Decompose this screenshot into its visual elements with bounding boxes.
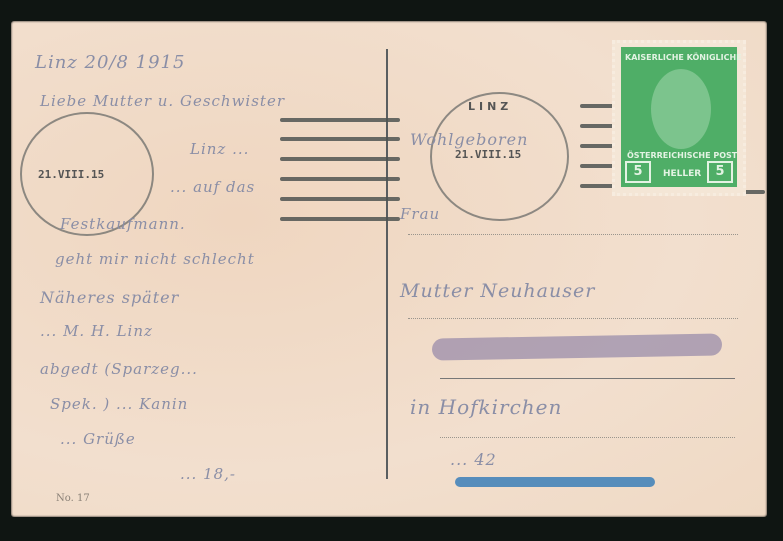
postage-stamp: KAISERLICHE KÖNIGLICHE ÖSTERREICHISCHE P…: [612, 40, 746, 196]
blue-crayon-mark: [455, 477, 655, 487]
address-line: Frau: [400, 205, 440, 223]
stamp-bottom-text: ÖSTERREICHISCHE POST: [627, 151, 737, 160]
postmark-left-date: 21.VIII.15: [38, 168, 104, 181]
message-line: Linz ...: [190, 140, 249, 158]
stamp-value-right: 5: [707, 161, 733, 183]
message-line: geht mir nicht schlecht: [55, 250, 255, 268]
emperor-portrait: [651, 69, 711, 149]
address-line: Wohlgeboren: [410, 130, 528, 149]
message-line: Linz 20/8 1915: [35, 52, 185, 73]
printed-number: No. 17: [56, 493, 90, 504]
message-line: Näheres später: [40, 288, 179, 307]
message-line: Spek. ) ... Kanin: [50, 395, 188, 413]
divider-line: [386, 49, 388, 479]
stamp-value-left: 5: [625, 161, 651, 183]
message-line: ... Grüße: [60, 430, 136, 448]
message-line: ... auf das: [170, 178, 255, 196]
message-line: abgedt (Sparzeg...: [40, 360, 198, 378]
message-line: Liebe Mutter u. Geschwister: [40, 92, 285, 110]
address-line: in Hofkirchen: [410, 395, 562, 419]
stamp-top-text: KAISERLICHE KÖNIGLICHE: [625, 53, 742, 62]
message-line: ... M. H. Linz: [40, 322, 153, 340]
address-line: Mutter Neuhauser: [400, 280, 595, 302]
stamp-currency: HELLER: [663, 169, 701, 179]
message-line: Festkaufmann.: [60, 215, 186, 233]
postmark-right-city: LINZ: [468, 100, 512, 113]
address-line: ... 42: [450, 450, 497, 469]
postmark-right-date: 21.VIII.15: [455, 148, 521, 161]
message-line: ... 18,-: [180, 465, 236, 483]
